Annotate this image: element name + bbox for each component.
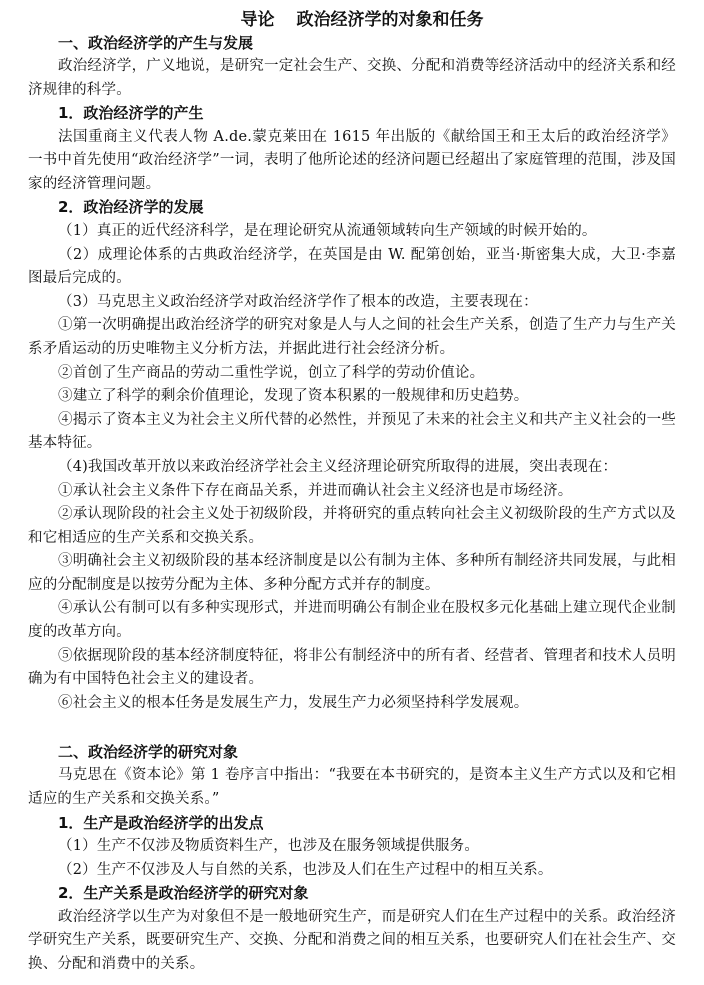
section-1-heading: 一、政治经济学的产生与发展: [28, 32, 676, 55]
subsection-1-1-heading: 1．政治经济学的产生: [28, 102, 676, 126]
list-item: ③明确社会主义初级阶段的基本经济制度是以公有制为主体、多种所有制经济共同发展，与…: [28, 550, 676, 597]
page-title: 导论政治经济学的对象和任务: [28, 8, 676, 32]
list-item: ①第一次明确提出政治经济学的研究对象是人与人之间的社会生产关系，创造了生产力与生…: [28, 314, 676, 361]
list-item: ④承认公有制可以有多种实现形式，并进而明确公有制企业在股权多元化基础上建立现代企…: [28, 597, 676, 644]
list-item: ①承认社会主义条件下存在商品关系，并进而确认社会主义经济也是市场经济。: [28, 480, 676, 504]
subsection-2-2-heading: 2．生产关系是政治经济学的研究对象: [28, 882, 676, 906]
list-item: ⑤依据现阶段的基本经济制度特征，将非公有制经济中的所有者、经营者、管理者和技术人…: [28, 645, 676, 692]
list-item: ③建立了科学的剩余价值理论，发现了资本积累的一般规律和历史趋势。: [28, 385, 676, 409]
list-item: （2）成理论体系的古典政治经济学，在英国是由 W. 配第创始，亚当·斯密集大成，…: [28, 244, 676, 291]
list-item: （4)我国改革开放以来政治经济学社会主义经济理论研究所取得的进展，突出表现在：: [28, 456, 676, 480]
list-item: （1）生产不仅涉及物质资料生产，也涉及在服务领域提供服务。: [28, 835, 676, 859]
paragraph: 政治经济学以生产为对象但不是一般地研究生产，而是研究人们在生产过程中的关系。政治…: [28, 906, 676, 977]
subsection-1-1-text: 法国重商主义代表人物 A.de.蒙克莱田在 1615 年出版的《献给国王和王太后…: [28, 126, 676, 197]
list-item: ②承认现阶段的社会主义处于初级阶段，并将研究的重点转向社会主义初级阶段的生产方式…: [28, 503, 676, 550]
section-1-intro: 政治经济学，广义地说，是研究一定社会生产、交换、分配和消费等经济活动中的经济关系…: [28, 55, 676, 102]
section-2-heading: 二、政治经济学的研究对象: [28, 741, 676, 764]
list-item: （1）真正的近代经济科学，是在理论研究从流通领域转向生产领域的时候开始的。: [28, 220, 676, 244]
subsection-2-1-heading: 1．生产是政治经济学的出发点: [28, 812, 676, 836]
document-page: 导论政治经济学的对象和任务 一、政治经济学的产生与发展 政治经济学，广义地说，是…: [0, 0, 704, 977]
subsection-1-2-heading: 2．政治经济学的发展: [28, 196, 676, 220]
title-part-1: 导论: [241, 10, 275, 30]
section-spacer: [28, 715, 676, 741]
list-item: ④揭示了资本主义为社会主义所代替的必然性，并预见了未来的社会主义和共产主义社会的…: [28, 409, 676, 456]
list-item: （2）生产不仅涉及人与自然的关系，也涉及人们在生产过程中的相互关系。: [28, 859, 676, 883]
list-item: ⑥社会主义的根本任务是发展生产力，发展生产力必须坚持科学发展观。: [28, 692, 676, 716]
title-part-2: 政治经济学的对象和任务: [297, 10, 484, 30]
list-item: （3）马克思主义政治经济学对政治经济学作了根本的改造，主要表现在：: [28, 291, 676, 315]
list-item: ②首创了生产商品的劳动二重性学说，创立了科学的劳动价值论。: [28, 362, 676, 386]
section-2-intro: 马克思在《资本论》第 1 卷序言中指出：“我要在本书研究的，是资本主义生产方式以…: [28, 764, 676, 811]
